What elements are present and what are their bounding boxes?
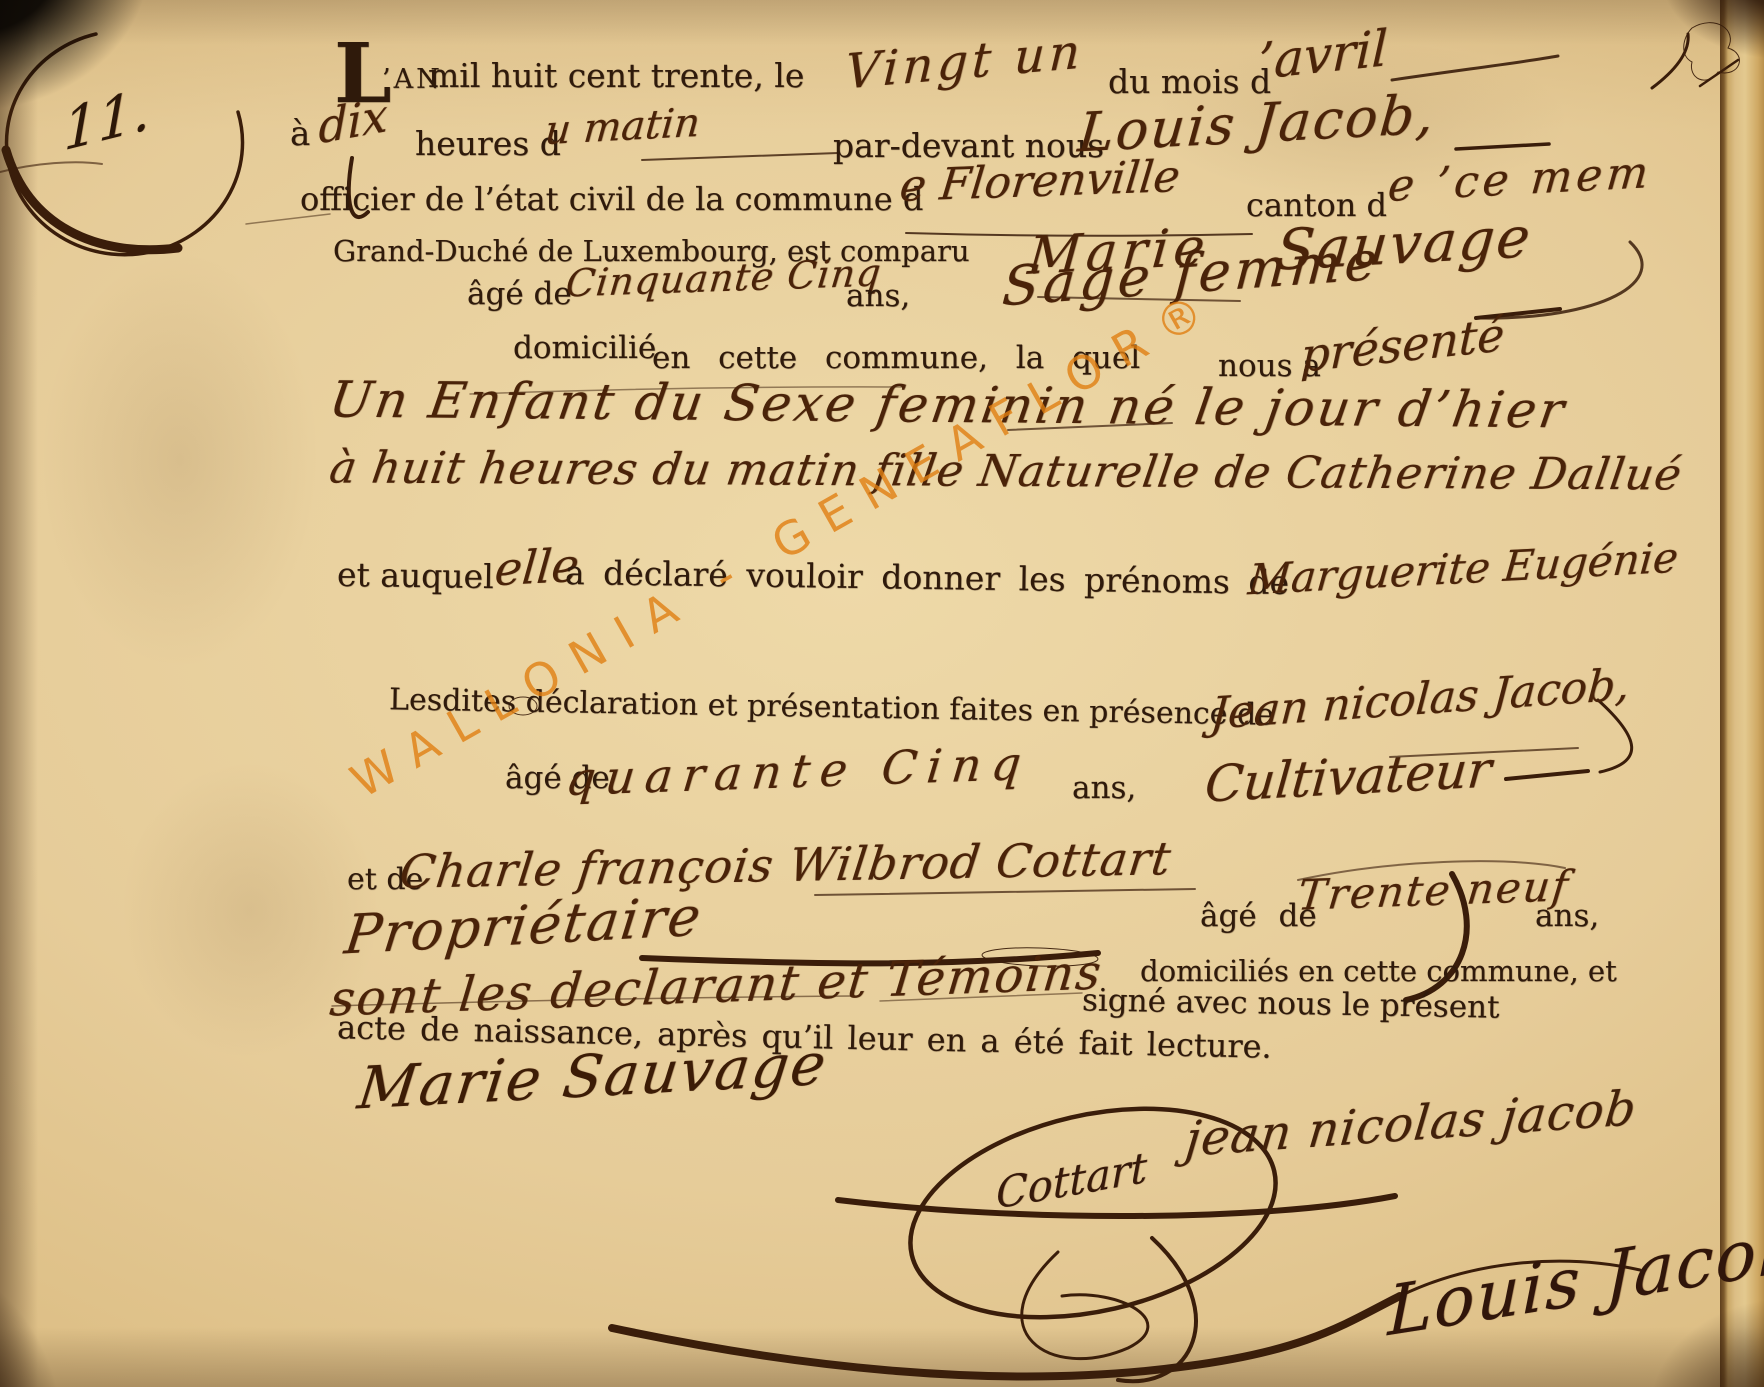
printed-civil-officer: officier de l’état civil de la commune d	[300, 180, 923, 218]
act-number: 11.	[63, 76, 149, 165]
handwritten-witness1-age: quarante Cinq	[563, 736, 1033, 806]
printed-hours: heures d	[415, 124, 561, 163]
handwritten-witness1-name: Jean nicolas Jacob,	[1209, 659, 1631, 740]
margin-circle-flourish	[0, 34, 330, 255]
handwritten-hour: dix	[319, 87, 388, 154]
printed-witness1-years: ans,	[1072, 770, 1136, 806]
page-edge	[1720, 0, 1764, 1387]
handwritten-month: ’avril	[1257, 19, 1388, 91]
printed-and-to-whom: et auquel	[337, 555, 494, 596]
printed-at: à	[290, 114, 310, 154]
printed-aged: âgé de	[467, 276, 572, 312]
printed-domiciled: domicilié	[513, 330, 656, 366]
printed-year: mil huit cent trente, le	[428, 56, 804, 95]
handwritten-child-names: Marguerite Eugénie	[1246, 533, 1680, 605]
signature-louis-jacob: Louis Jacob	[1387, 1207, 1764, 1353]
printed-signed-with-us: signé avec nous le présent	[1082, 982, 1500, 1025]
signature-jean-nicolas-jacob: jean nicolas jacob	[1183, 1080, 1640, 1168]
handwritten-birth-details: à huit heures du matin fille Naturelle d…	[326, 442, 1685, 500]
handwritten-commune: e Florenville	[897, 151, 1182, 212]
register-page: 11. L ’AN mil huit cent trente, le Vingt…	[0, 0, 1764, 1387]
handwritten-presented: présenté	[1300, 307, 1506, 383]
signature-cottart: Cottart	[996, 1142, 1147, 1218]
handwritten-day: Vingt un	[844, 23, 1085, 100]
handwritten-canton: e ’ce mem	[1386, 147, 1654, 212]
printed-years: ans,	[846, 278, 910, 314]
handwritten-witness2-age: Trente neuf	[1295, 861, 1572, 920]
handwritten-morning: u matin	[543, 100, 702, 154]
handwritten-witness1-profession: Cultivateur	[1203, 740, 1494, 813]
printed-witnesses-domiciled: domiciliés en cette commune, et	[1140, 954, 1617, 988]
printed-witness2-years: ans,	[1535, 898, 1599, 934]
paper-smudge	[40, 250, 320, 670]
handwritten-witness2-name: Charle françois Wilbrod Cottart	[397, 831, 1175, 899]
